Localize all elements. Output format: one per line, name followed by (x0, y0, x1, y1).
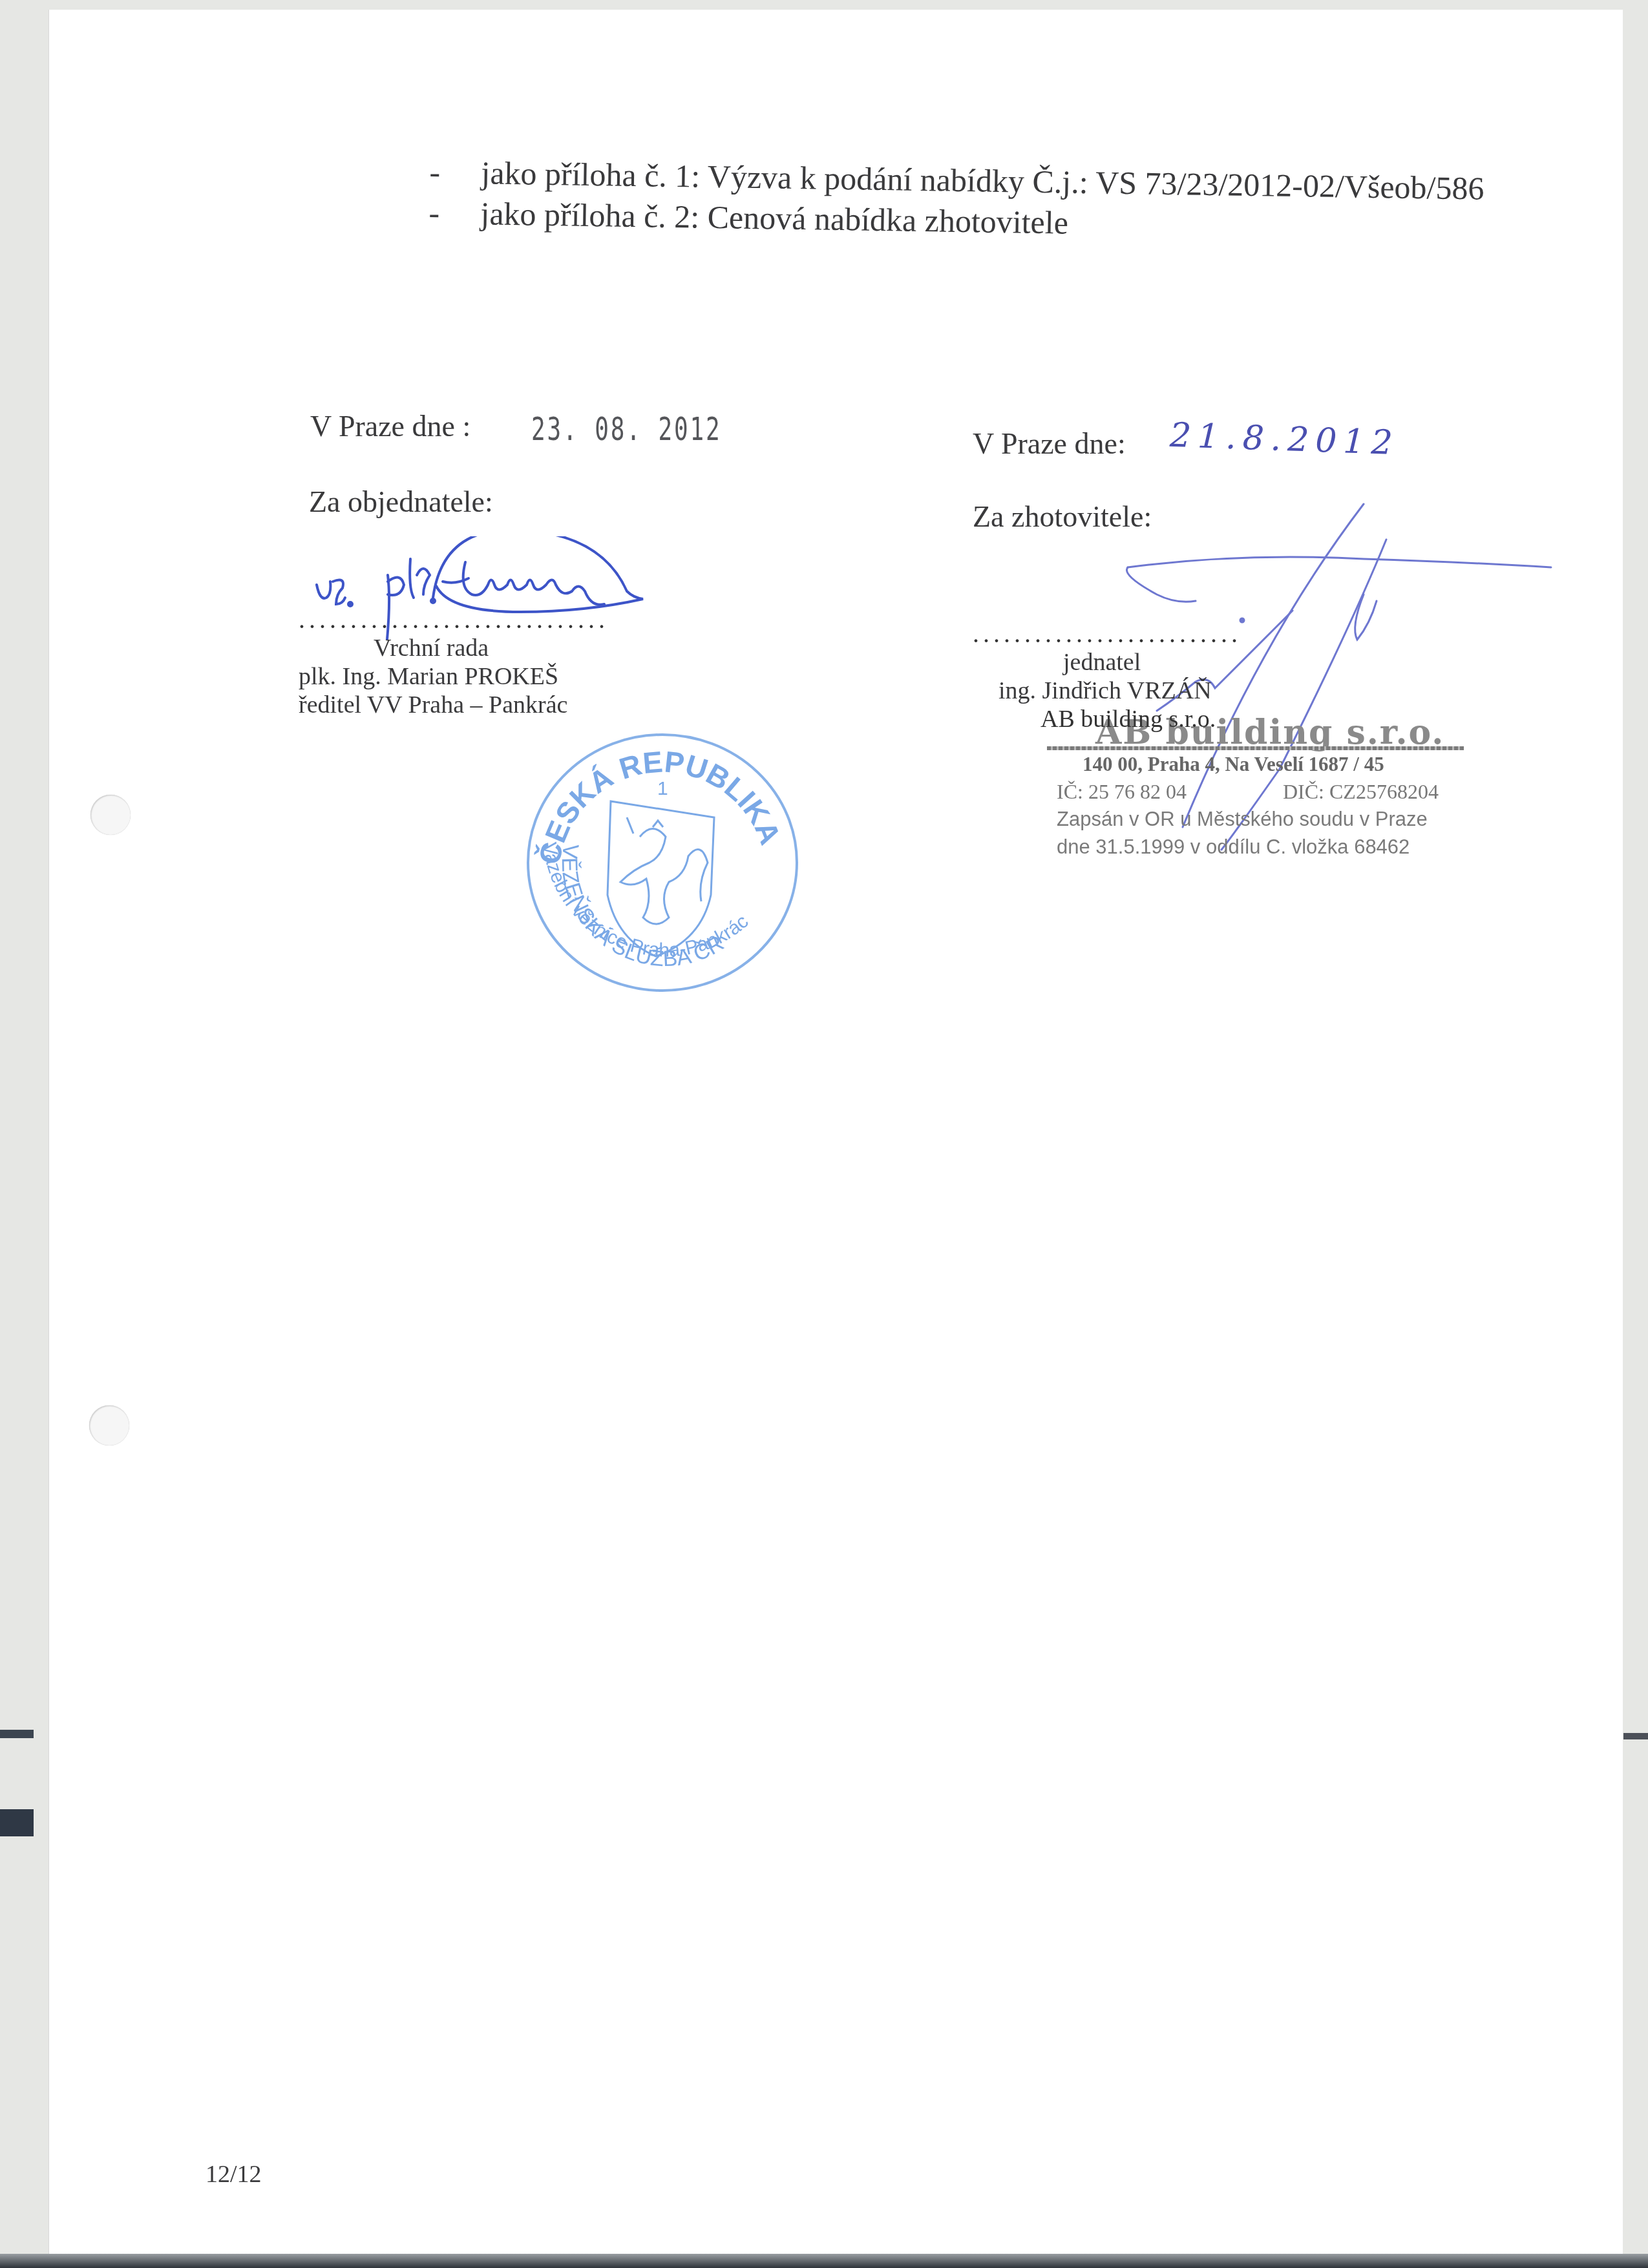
company-stamp-registration: dne 31.5.1999 v oddílu C. vložka 68462 (1057, 835, 1410, 859)
left-title: Vrchní rada (374, 635, 489, 661)
attachments-list: - jako příloha č. 1: Výzva k podání nabí… (428, 152, 1484, 250)
company-stamp-dic: DIČ: CZ25768204 (1283, 780, 1439, 804)
left-position: ředitel VV Praha – Pankrác (299, 692, 567, 718)
scan-edge-mark (0, 1809, 34, 1836)
company-stamp-address: 140 00, Praha 4, Na Veselí 1687 / 45 (1083, 753, 1384, 776)
scan-edge-shadow (0, 2254, 1648, 2268)
bullet: - (429, 152, 481, 193)
company-stamp-rule (1047, 746, 1464, 750)
left-date-stamp: 23. 08. 2012 (531, 410, 722, 448)
right-signature-line: .......................... (973, 618, 1241, 649)
right-date-handwritten: 21.8.2012 (1169, 416, 1400, 463)
punch-hole (90, 795, 131, 835)
left-name: plk. Ing. Marian PROKEŠ (299, 664, 558, 689)
right-name: ing. Jindřich VRZÁŇ (998, 678, 1212, 704)
document-page (48, 10, 1623, 2255)
page-number: 12/12 (206, 2160, 262, 2189)
company-stamp-registration: Zapsán v OR u Městského soudu v Praze (1057, 808, 1428, 831)
official-stamp: ČESKÁ REPUBLIKA 1 VĚZEŇSKÁ SLUŽBA ČR Vaz… (520, 727, 805, 998)
stamp-number: 1 (657, 778, 668, 799)
punch-hole (89, 1405, 129, 1445)
bullet: - (428, 193, 481, 234)
left-signature-line: .............................. (299, 604, 609, 635)
right-place-date-label: V Praze dne: (973, 426, 1126, 461)
scan-edge-mark (0, 1730, 34, 1738)
left-role-label: Za objednatele: (309, 485, 493, 519)
left-place-date-label: V Praze dne : (310, 409, 470, 443)
right-company: AB building s.r.o. (1041, 706, 1216, 732)
scan-edge-mark (1623, 1733, 1648, 1739)
company-stamp-ic: IČ: 25 76 82 04 (1057, 780, 1187, 804)
right-title: jednatel (1063, 649, 1141, 675)
